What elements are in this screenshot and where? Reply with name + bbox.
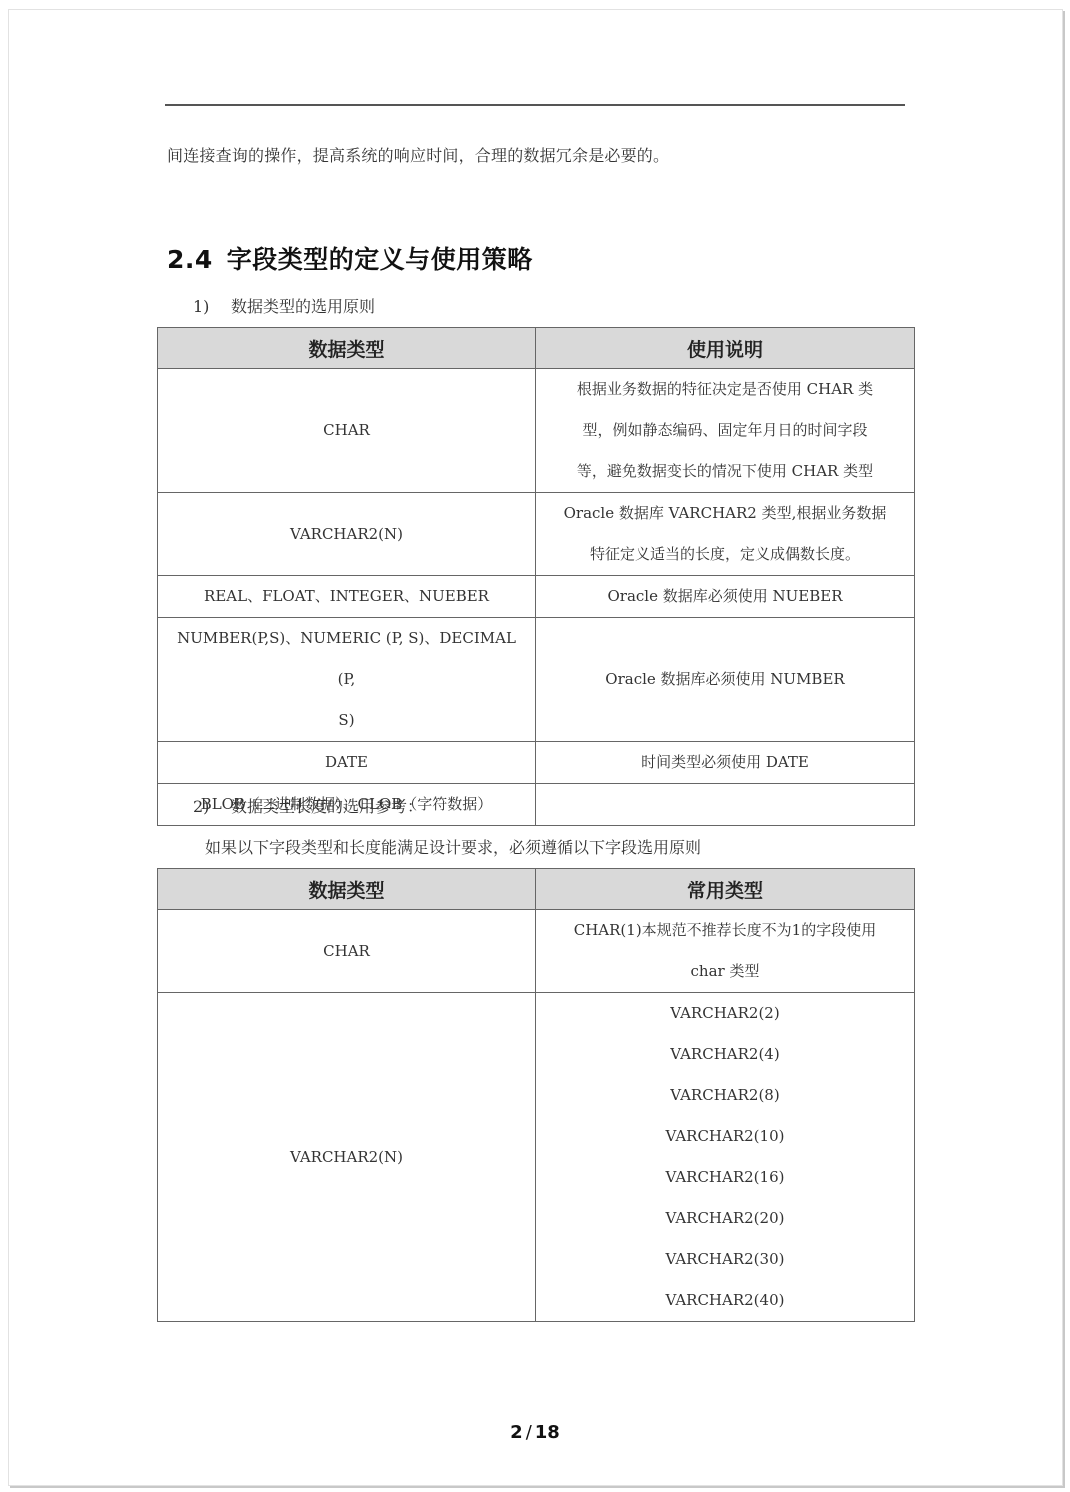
table-row: REAL、FLOAT、INTEGER、NUEBER Oracle 数据库必须使用… [158, 576, 915, 618]
common-type-line: VARCHAR2(10) [544, 1116, 906, 1157]
table-row: VARCHAR2(N) Oracle 数据库 VARCHAR2 类型,根据业务数… [158, 493, 915, 576]
column-header: 常用类型 [536, 869, 915, 910]
common-type-line: VARCHAR2(30) [544, 1239, 906, 1280]
column-header: 数据类型 [158, 328, 536, 369]
description-line: 根据业务数据的特征决定是否使用 CHAR 类 [544, 369, 906, 410]
data-type-principles-table: 数据类型 使用说明 CHAR 根据业务数据的特征决定是否使用 CHAR 类 型，… [157, 327, 915, 826]
description-line: 特征定义适当的长度，定义成偶数长度。 [544, 534, 906, 575]
description-cell [536, 784, 915, 826]
common-type-line: char 类型 [544, 951, 906, 992]
table-row: DATE 时间类型必须使用 DATE [158, 742, 915, 784]
subsection-heading-2: 2)数据类型长度的选用参考： [193, 794, 423, 817]
common-type-cell: VARCHAR2(2) VARCHAR2(4) VARCHAR2(8) VARC… [536, 993, 915, 1322]
section-title: 字段类型的定义与使用策略 [227, 245, 533, 274]
common-type-cell: CHAR(1)本规范不推荐长度不为1的字段使用 char 类型 [536, 910, 915, 993]
common-type-line: VARCHAR2(40) [544, 1280, 906, 1321]
common-type-line: VARCHAR2(16) [544, 1157, 906, 1198]
table-header-row: 数据类型 常用类型 [158, 869, 915, 910]
page-number: 2/18 [0, 1422, 1070, 1443]
subsection-heading-1: 1)数据类型的选用原则 [193, 294, 375, 317]
table-header-row: 数据类型 使用说明 [158, 328, 915, 369]
description-line: 等，避免数据变长的情况下使用 CHAR 类型 [544, 451, 906, 492]
page-total: 18 [535, 1422, 560, 1443]
continuation-paragraph: 间连接查询的操作，提高系统的响应时间，合理的数据冗余是必要的。 [167, 143, 669, 166]
common-type-line: VARCHAR2(8) [544, 1075, 906, 1116]
table-row: VARCHAR2(N) VARCHAR2(2) VARCHAR2(4) VARC… [158, 993, 915, 1322]
description-cell: Oracle 数据库必须使用 NUMBER [536, 618, 915, 742]
common-type-line: VARCHAR2(4) [544, 1034, 906, 1075]
common-type-line: VARCHAR2(20) [544, 1198, 906, 1239]
description-cell: 时间类型必须使用 DATE [536, 742, 915, 784]
type-cell: CHAR [158, 369, 536, 493]
type-cell: DATE [158, 742, 536, 784]
header-rule [165, 104, 905, 106]
common-type-line: VARCHAR2(2) [544, 993, 906, 1034]
subsection-title: 数据类型的选用原则 [231, 297, 375, 316]
description-cell: Oracle 数据库 VARCHAR2 类型,根据业务数据 特征定义适当的长度，… [536, 493, 915, 576]
column-header: 数据类型 [158, 869, 536, 910]
description-cell: Oracle 数据库必须使用 NUEBER [536, 576, 915, 618]
data-type-length-table: 数据类型 常用类型 CHAR CHAR(1)本规范不推荐长度不为1的字段使用 c… [157, 868, 915, 1322]
type-cell: REAL、FLOAT、INTEGER、NUEBER [158, 576, 536, 618]
table-row: NUMBER(P,S)、NUMERIC (P, S)、DECIMAL (P, S… [158, 618, 915, 742]
description-line: 型，例如静态编码、固定年月日的时间字段 [544, 410, 906, 451]
type-cell: NUMBER(P,S)、NUMERIC (P, S)、DECIMAL (P, S… [158, 618, 536, 742]
subsection-index: 1) [193, 297, 231, 316]
type-line: NUMBER(P,S)、NUMERIC (P, S)、DECIMAL (P, [166, 618, 527, 700]
table-row: CHAR CHAR(1)本规范不推荐长度不为1的字段使用 char 类型 [158, 910, 915, 993]
type-cell: CHAR [158, 910, 536, 993]
page-separator: / [526, 1422, 532, 1443]
description-line: Oracle 数据库 VARCHAR2 类型,根据业务数据 [544, 493, 906, 534]
subsection-title: 数据类型长度的选用参考： [231, 797, 423, 816]
page-current: 2 [510, 1422, 523, 1443]
selection-note: 如果以下字段类型和长度能满足设计要求，必须遵循以下字段选用原则 [205, 835, 701, 858]
type-cell: VARCHAR2(N) [158, 493, 536, 576]
section-number: 2.4 [167, 245, 213, 274]
column-header: 使用说明 [536, 328, 915, 369]
subsection-index: 2) [193, 797, 231, 816]
type-cell: VARCHAR2(N) [158, 993, 536, 1322]
type-line: S) [166, 700, 527, 741]
common-type-line: CHAR(1)本规范不推荐长度不为1的字段使用 [544, 910, 906, 951]
section-heading: 2.4字段类型的定义与使用策略 [167, 240, 533, 276]
description-cell: 根据业务数据的特征决定是否使用 CHAR 类 型，例如静态编码、固定年月日的时间… [536, 369, 915, 493]
table-row: CHAR 根据业务数据的特征决定是否使用 CHAR 类 型，例如静态编码、固定年… [158, 369, 915, 493]
